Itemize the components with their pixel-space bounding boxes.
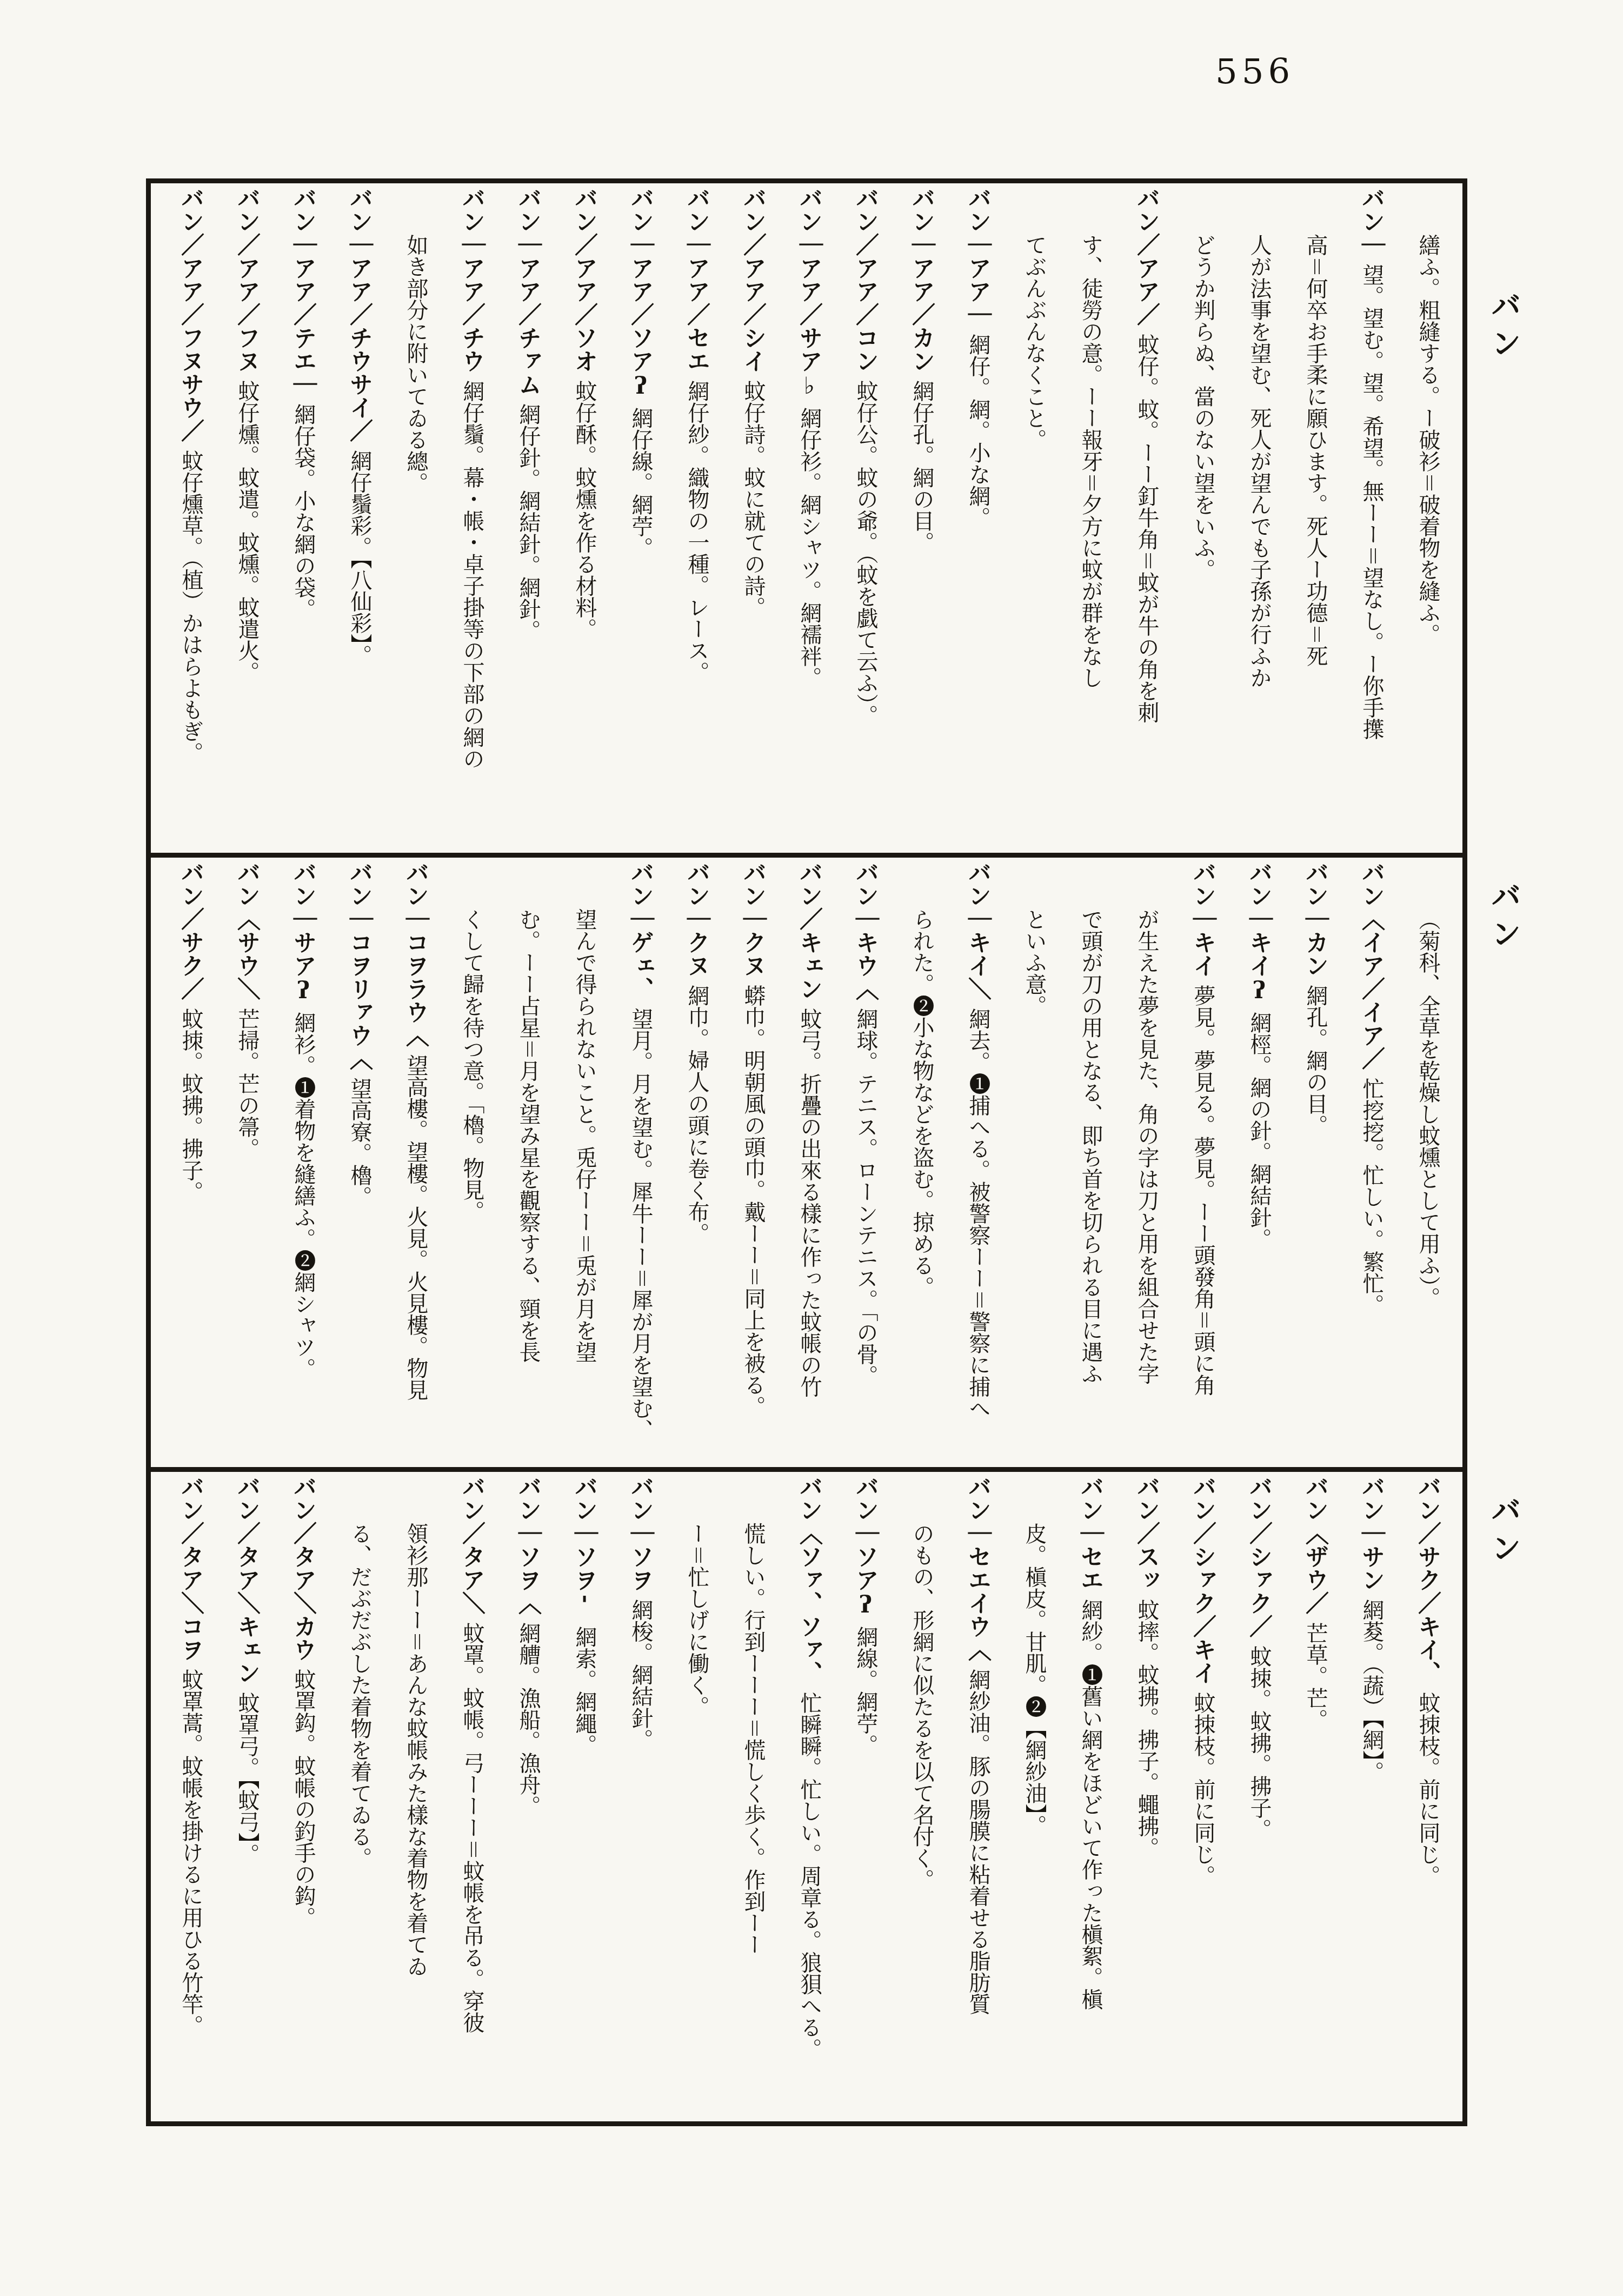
entry-definition: 望月。月を望む。犀牛ーー＝犀が月を望む、	[628, 1008, 653, 1441]
entry-column: バン〈ソァ、ソァ、忙瞬瞬。忙しい。周章る。狼狽へる。	[781, 1475, 837, 2121]
entry-column: バン｜アア／セエ網仔紗。織物の一種。レース。	[669, 187, 725, 853]
entry-definition: 蚊仔酥。蚊燻を作る材料。	[572, 380, 597, 640]
entry-column: 高＝何卒お手柔に願ひます。死人ー功德＝死	[1287, 187, 1343, 853]
entry-definition: 慌しい。行到ーーー＝慌しく歩く。作到ーー	[741, 1523, 766, 1955]
entry-column: 繕ふ。粗縫する。ー破衫＝破着物を縫ふ。	[1400, 187, 1456, 853]
margin-guide-word: バン	[1482, 1495, 1526, 1570]
section-band-top: 繕ふ。粗縫する。ー破衫＝破着物を縫ふ。バン｜望。望む。望。希望。無ーー＝望なし。…	[151, 183, 1462, 853]
entry-definition: 網巾。婦人の頭に卷く布。	[684, 985, 709, 1244]
entry-headword: バン｜コヲラウ〈	[402, 861, 429, 1047]
entry-definition: 夢見。夢見る。夢見。ーー頭發角＝頭に角	[1190, 985, 1215, 1396]
entry-definition: 網去。❶捕へる。被警察ーー＝警察に捕へ	[966, 1008, 990, 1419]
entry-definition: 高＝何卒お手柔に願ひます。死人ー功德＝死	[1303, 234, 1328, 667]
entry-headword: バン｜セエイウ〈	[965, 1475, 992, 1661]
entry-definition: られた。❷小な物などを盗む。掠める。	[909, 908, 934, 1298]
entry-column: バン／タア＼コヲ蚊罩蒿。蚊帳を掛けるに用ひる竹竿。	[163, 1475, 219, 2121]
entry-column: バン／スッ蚊摔。蚊拂。拂子。蠅拂。	[1119, 1475, 1175, 2121]
entry-definition: 網仔衫。網シャツ。網襦袢。	[797, 407, 822, 688]
entry-column: バン｜コヲラウ〈望高樓。望樓。火見。火見樓。物見	[388, 861, 444, 1467]
dictionary-page: 556 バン バン バン 繕ふ。粗縫する。ー破衫＝破着物を縫ふ。バン｜望。望む。…	[0, 0, 1623, 2296]
entry-definition: 網仔鬚彩。【八仙彩】。	[347, 450, 372, 666]
entry-definition: 領衫那ーー＝あんな蚊帳みた樣な着物を着てゐ	[403, 1523, 428, 1977]
entry-headword: バン〈ソァ、ソァ、	[796, 1475, 823, 1684]
entry-column: バン／アア／ソオ蚊仔酥。蚊燻を作る材料。	[556, 187, 613, 853]
entry-definition: 蚊拺枝。前に同じ。	[1190, 1692, 1215, 1887]
entry-column: バン｜ソヲ網梭。網結針。	[613, 1475, 669, 2121]
entry-headword: バン／キェン	[796, 861, 823, 1000]
entry-column: バン｜セエイウ〈網紗油。豚の腸膜に粘着せる脂肪質	[950, 1475, 1006, 2121]
entry-definition: 網紗油。豚の腸膜に粘着せる脂肪質	[966, 1669, 990, 2015]
entry-definition: 網仔線。網苧。	[628, 407, 653, 559]
entry-definition: ー＝忙しげに働く。	[684, 1523, 709, 1717]
entry-column: バン｜キウ〈網球。テニス。ローンテニス。「の骨。	[837, 861, 894, 1467]
entry-definition: 蚊仔燻。蚊遣。蚊燻。蚊遣火。	[235, 380, 260, 683]
entry-headword: バン｜カン	[1302, 861, 1329, 977]
entry-definition: で頭が刀の用となる、即ち首を切られる目に遇ふ	[1078, 908, 1103, 1384]
entry-column: バン｜キイʔ網桱。網の針。網結針。	[1231, 861, 1287, 1467]
entry-column: バン／アア／フヌサウ／蚊仔燻草。（植）かはらよもぎ。	[163, 187, 219, 853]
entry-definition: 網球。テニス。ローンテニス。「の骨。	[853, 1008, 878, 1386]
entry-column: バン｜クヌ蟒巾。明朝風の頭巾。戴ーー＝同上を被る。	[725, 861, 781, 1467]
entry-column: （菊科、全草を乾燥し蚊燻として用ふ）。	[1400, 861, 1456, 1467]
entry-headword: バン／タア＼キェン	[234, 1475, 261, 1684]
entry-definition: 忙瞬瞬。忙しい。周章る。狼狽へる。	[797, 1692, 822, 2060]
entry-column: バン〈イア／イア／忙挖挖。忙しい。繁忙。	[1343, 861, 1400, 1467]
entry-definition: 網艚。漁船。漁舟。	[516, 1622, 541, 1817]
entry-headword: バン／アア／ソオ	[571, 187, 598, 373]
entry-column: てぶんぶんなくこと。	[1006, 187, 1062, 853]
entry-headword: バン／アア／	[1133, 187, 1160, 326]
entry-column: られた。❷小な物などを盗む。掠める。	[894, 861, 950, 1467]
entry-column: バン｜クヌ網巾。婦人の頭に卷く布。	[669, 861, 725, 1467]
entry-headword: バン〈サウ＼	[234, 861, 261, 1000]
entry-column: バン｜コヲリァウ〈望高寮。櫓。	[331, 861, 388, 1467]
entry-headword: バン／サク／キイ、	[1414, 1475, 1441, 1684]
entry-headword: バン｜セエ	[1077, 1475, 1104, 1591]
entry-column: バン｜サアʔ網衫。❶着物を縫繕ふ。❷網シャツ。	[275, 861, 331, 1467]
entry-headword: バン｜アア／ソアʔ	[627, 187, 654, 400]
entry-column: バン｜アア／チウサイ／網仔鬚彩。【八仙彩】。	[331, 187, 388, 853]
entry-column: 皮。槇皮。甘肌。❷【網紗油】。	[1006, 1475, 1062, 2121]
entry-headword: バン／アア／フヌ	[234, 187, 261, 373]
entry-headword: バン｜ソヲ'	[571, 1475, 598, 1618]
entry-headword: バン／シァク／キイ	[1189, 1475, 1216, 1684]
entry-definition: 望んで得られないこと。兎仔ーー＝兎が月を望	[572, 908, 597, 1363]
entry-definition: 網衫。❶着物を縫繕ふ。❷網シャツ。	[291, 1012, 316, 1379]
entry-definition: 蚊摔。蚊拂。拂子。蠅拂。	[1134, 1599, 1159, 1859]
entry-headword: バン｜アア／セエ	[683, 187, 710, 373]
entry-headword: バン〈イア／イア／	[1358, 861, 1385, 1070]
entry-column: バン／アア／コン蚊仔公。蚊の爺。（蚊を戯て云ふ）。	[837, 187, 894, 853]
entry-column: バン／タア＼カウ蚊罩鈎。蚊帳の釣手の鈎。	[275, 1475, 331, 2121]
entry-column: バン｜ソアʔ網線。網苧。	[837, 1475, 894, 2121]
entry-definition: 網桱。網の針。網結針。	[1247, 1012, 1272, 1250]
entry-definition: 人が法事を望む、死人が望んでも子孫が行ふか	[1247, 234, 1272, 688]
entry-column: バン｜キイ夢見。夢見る。夢見。ーー頭發角＝頭に角	[1175, 861, 1231, 1467]
entry-headword: バン｜アア／チウ	[458, 187, 485, 373]
entry-column: す、徒勞の意。ーー報牙＝夕方に蚊が群をなし	[1062, 187, 1119, 853]
entry-definition: 網梭。網結針。	[628, 1599, 653, 1750]
entry-headword: バン｜キウ〈	[852, 861, 879, 1000]
entry-definition: 蚊拺。蚊拂。拂子。	[178, 1008, 203, 1203]
entry-definition: 網索。網繩。	[572, 1626, 597, 1756]
entry-headword: バン／タア＼コヲ	[177, 1475, 204, 1661]
entry-headword: バン／タア＼	[458, 1475, 485, 1615]
entry-headword: バン｜クヌ	[683, 861, 710, 977]
entry-definition: る、だぶだぶした着物を着てゐる。	[347, 1523, 372, 1869]
entry-definition: てぶんぶんなくこと。	[1022, 234, 1047, 450]
entry-column: といふ意。	[1006, 861, 1062, 1467]
entry-definition: 網仔孔。網の目。	[909, 380, 934, 553]
content-box: 繕ふ。粗縫する。ー破衫＝破着物を縫ふ。バン｜望。望む。望。希望。無ーー＝望なし。…	[146, 178, 1467, 2126]
section-band-middle: （菊科、全草を乾燥し蚊燻として用ふ）。バン〈イア／イア／忙挖挖。忙しい。繁忙。バ…	[151, 853, 1462, 1467]
page-number: 556	[1215, 52, 1294, 92]
entry-definition: 網仔紗。織物の一種。レース。	[684, 380, 709, 683]
entry-headword: バン／アア／シイ	[740, 187, 767, 373]
entry-definition: 如き部分に附いてゐる總。	[403, 234, 428, 494]
entry-definition: 望高寮。櫓。	[347, 1078, 372, 1207]
entry-column: バン〈ザウ／芒草。芒。	[1287, 1475, 1343, 2121]
entry-headword: バン｜ソヲ〈	[515, 1475, 542, 1615]
entry-column: どうか判らぬ、當のない望をいふ。	[1175, 187, 1231, 853]
entry-definition: 蚊罩弓。【蚊弓】。	[235, 1692, 260, 1865]
entry-headword: バン／アア／コン	[852, 187, 879, 373]
entry-column: バン｜アア｜網仔。網。小な網。	[950, 187, 1006, 853]
entry-column: バン／シァク／蚊拺。蚊拂。拂子。	[1231, 1475, 1287, 2121]
entry-column: バン／タア＼蚊罩。蚊帳。弓ーーー＝蚊帳を吊る。穿彼	[444, 1475, 500, 2121]
entry-definition: 繕ふ。粗縫する。ー破衫＝破着物を縫ふ。	[1415, 234, 1440, 645]
entry-definition: 蚊拺。蚊拂。拂子。	[1247, 1645, 1272, 1840]
entry-headword: バン〈ザウ／	[1302, 1475, 1329, 1615]
entry-definition: 望高樓。望樓。火見。火見樓。物見	[403, 1054, 428, 1401]
entry-definition: 網仔。網。小な網。	[966, 334, 990, 528]
entry-definition: 蚊仔詩。蚊に就ての詩。	[741, 380, 766, 618]
entry-headword: バン｜クヌ	[740, 861, 767, 977]
entry-definition: どうか判らぬ、當のない望をいふ。	[1190, 234, 1215, 580]
entry-definition: す、徒勞の意。ーー報牙＝夕方に蚊が群をなし	[1078, 234, 1103, 688]
margin-guide-word: バン	[1482, 290, 1526, 366]
entry-definition: む。ーー占星＝月を望み星を觀察する、頸を長	[516, 908, 541, 1363]
entry-column: バン／アア／蚊仔。蚊。ーー釘牛角＝蚊が牛の角を刺	[1119, 187, 1175, 853]
entry-definition: 芒掃。芒の箒。	[235, 1008, 260, 1159]
entry-column: のもの、形網に似たるを以て名付く。	[894, 1475, 950, 2121]
entry-headword: バン｜キイ＼	[965, 861, 992, 1000]
entry-headword: バン／サク／	[177, 861, 204, 1000]
entry-headword: バン｜キイ	[1189, 861, 1216, 977]
entry-headword: バン｜アア／チウサイ／	[346, 187, 373, 442]
entry-column: で頭が刀の用となる、即ち首を切られる目に遇ふ	[1062, 861, 1119, 1467]
entry-definition: 蟒巾。明朝風の頭巾。戴ーー＝同上を被る。	[741, 985, 766, 1417]
entry-column: バン｜アア／チァム網仔針。網結針。網針。	[500, 187, 556, 853]
entry-column: くして歸を待つ意。「櫓。物見。	[444, 861, 500, 1467]
entry-definition: （菊科、全草を乾燥し蚊燻として用ふ）。	[1415, 908, 1440, 1309]
entry-definition: といふ意。	[1022, 908, 1047, 1017]
margin-guide-word: バン	[1482, 880, 1526, 956]
entry-definition: 網線。網苧。	[853, 1626, 878, 1756]
entry-column: バン〈サウ＼芒掃。芒の箒。	[219, 861, 275, 1467]
entry-headword: バン｜ソアʔ	[852, 1475, 879, 1618]
entry-column: バン｜アア／カン網仔孔。網の目。	[894, 187, 950, 853]
entry-definition: 蚊罩。蚊帳。弓ーーー＝蚊帳を吊る。穿彼	[460, 1622, 484, 2033]
entry-column: バン｜サン網荾。（蔬）【網】。	[1343, 1475, 1400, 2121]
entry-definition: 蚊弓。折疊の出來る樣に作った蚊帳の竹	[797, 1008, 822, 1397]
entry-column: バン／サク／蚊拺。蚊拂。拂子。	[163, 861, 219, 1467]
entry-column: バン｜アア／サア♭網仔衫。網シャツ。網襦袢。	[781, 187, 837, 853]
entry-headword: バン｜アア｜	[965, 187, 992, 326]
entry-headword: バン｜サアʔ	[290, 861, 317, 1004]
entry-column: バン／サク／キイ、蚊拺枝。前に同じ。	[1400, 1475, 1456, 2121]
entry-column: バン／タア＼キェン蚊罩弓。【蚊弓】。	[219, 1475, 275, 2121]
entry-definition: 網孔。網の目。	[1303, 985, 1328, 1136]
entry-headword: バン／アア／フヌサウ／	[177, 187, 204, 442]
entry-definition: が生えた夢を見た、角の字は刀と用を組合せた字	[1134, 908, 1159, 1384]
entry-column: ー＝忙しげに働く。	[669, 1475, 725, 2121]
entry-column: バン｜ソヲ'網索。網繩。	[556, 1475, 613, 2121]
entry-definition: 忙挖挖。忙しい。繁忙。	[1359, 1078, 1384, 1316]
entry-headword: バン／シァク／	[1246, 1475, 1273, 1638]
section-band-bottom: バン／サク／キイ、蚊拺枝。前に同じ。バン｜サン網荾。（蔬）【網】。バン〈ザウ／芒…	[151, 1467, 1462, 2121]
entry-headword: バン｜キイʔ	[1246, 861, 1273, 1004]
entry-definition: 網紗。❶舊い網をほどいて作った槇絮。槇	[1078, 1599, 1103, 2010]
entry-definition: 蚊罩蒿。蚊帳を掛けるに用ひる竹竿。	[178, 1669, 203, 2036]
entry-column: 如き部分に附いてゐる總。	[388, 187, 444, 853]
entry-definition: 皮。槇皮。甘肌。❷【網紗油】。	[1022, 1523, 1047, 1836]
entry-column: 人が法事を望む、死人が望んでも子孫が行ふか	[1231, 187, 1287, 853]
entry-headword: バン｜サン	[1358, 1475, 1385, 1591]
entry-definition: 望。望む。望。希望。無ーー＝望なし。ー你手擛	[1359, 264, 1384, 740]
entry-column: バン／シァク／キイ蚊拺枝。前に同じ。	[1175, 1475, 1231, 2121]
entry-column: が生えた夢を見た、角の字は刀と用を組合せた字	[1119, 861, 1175, 1467]
entry-headword: バン／スッ	[1133, 1475, 1160, 1591]
entry-headword: バン｜アア／テエ｜	[290, 187, 317, 396]
entry-definition: 蚊拺枝。前に同じ。	[1415, 1692, 1440, 1887]
entry-definition: 芒草。芒。	[1303, 1622, 1328, 1730]
entry-column: バン｜アア／チウ網仔鬚。幕・帳・卓子掛等の下部の網の	[444, 187, 500, 853]
entry-column: バン｜セエ網紗。❶舊い網をほどいて作った槇絮。槇	[1062, 1475, 1119, 2121]
entry-definition: 蚊仔。蚊。ーー釘牛角＝蚊が牛の角を刺	[1134, 334, 1159, 723]
entry-headword: バン｜コヲリァウ〈	[346, 861, 373, 1070]
entry-definition: 蚊仔燻草。（植）かはらよもぎ。	[178, 450, 203, 764]
entry-column: バン｜キイ＼網去。❶捕へる。被警察ーー＝警察に捕へ	[950, 861, 1006, 1467]
entry-column: バン｜ソヲ〈網艚。漁船。漁舟。	[500, 1475, 556, 2121]
entry-column: 領衫那ーー＝あんな蚊帳みた樣な着物を着てゐ	[388, 1475, 444, 2121]
entry-headword: バン／タア＼カウ	[290, 1475, 317, 1661]
entry-headword: バン｜ソヲ	[627, 1475, 654, 1591]
entry-definition: 網荾。（蔬）【網】。	[1359, 1599, 1384, 1783]
entry-headword: バン｜アア／チァム	[515, 187, 542, 396]
entry-column: バン／キェン蚊弓。折疊の出來る樣に作った蚊帳の竹	[781, 861, 837, 1467]
entry-definition: 網仔鬚。幕・帳・卓子掛等の下部の網の	[460, 380, 484, 769]
entry-definition: 網仔袋。小な網の袋。	[291, 403, 316, 620]
entry-headword: バン｜アア／カン	[908, 187, 935, 373]
entry-definition: くして歸を待つ意。「櫓。物見。	[460, 908, 484, 1222]
entry-column: バン｜カン網孔。網の目。	[1287, 861, 1343, 1467]
entry-column: 望んで得られないこと。兎仔ーー＝兎が月を望	[556, 861, 613, 1467]
entry-definition: 蚊仔公。蚊の爺。（蚊を戯て云ふ）。	[853, 380, 878, 726]
entry-column: バン｜ゲェ、望月。月を望む。犀牛ーー＝犀が月を望む、	[613, 861, 669, 1467]
entry-headword: バン｜ゲェ、	[627, 861, 654, 1000]
entry-headword: バン｜	[1358, 187, 1385, 256]
entry-column: 慌しい。行到ーーー＝慌しく歩く。作到ーー	[725, 1475, 781, 2121]
entry-definition: のもの、形網に似たるを以て名付く。	[909, 1523, 934, 1890]
entry-column: バン｜アア／テエ｜網仔袋。小な網の袋。	[275, 187, 331, 853]
entry-column: バン｜アア／ソアʔ網仔線。網苧。	[613, 187, 669, 853]
entry-column: む。ーー占星＝月を望み星を觀察する、頸を長	[500, 861, 556, 1467]
entry-column: バン｜望。望む。望。希望。無ーー＝望なし。ー你手擛	[1343, 187, 1400, 853]
entry-definition: 蚊罩鈎。蚊帳の釣手の鈎。	[291, 1669, 316, 1928]
entry-column: バン／アア／フヌ蚊仔燻。蚊遣。蚊燻。蚊遣火。	[219, 187, 275, 853]
entry-column: バン／アア／シイ蚊仔詩。蚊に就ての詩。	[725, 187, 781, 853]
entry-headword: バン｜アア／サア♭	[796, 187, 823, 400]
entry-column: る、だぶだぶした着物を着てゐる。	[331, 1475, 388, 2121]
entry-definition: 網仔針。網結針。網針。	[516, 403, 541, 641]
